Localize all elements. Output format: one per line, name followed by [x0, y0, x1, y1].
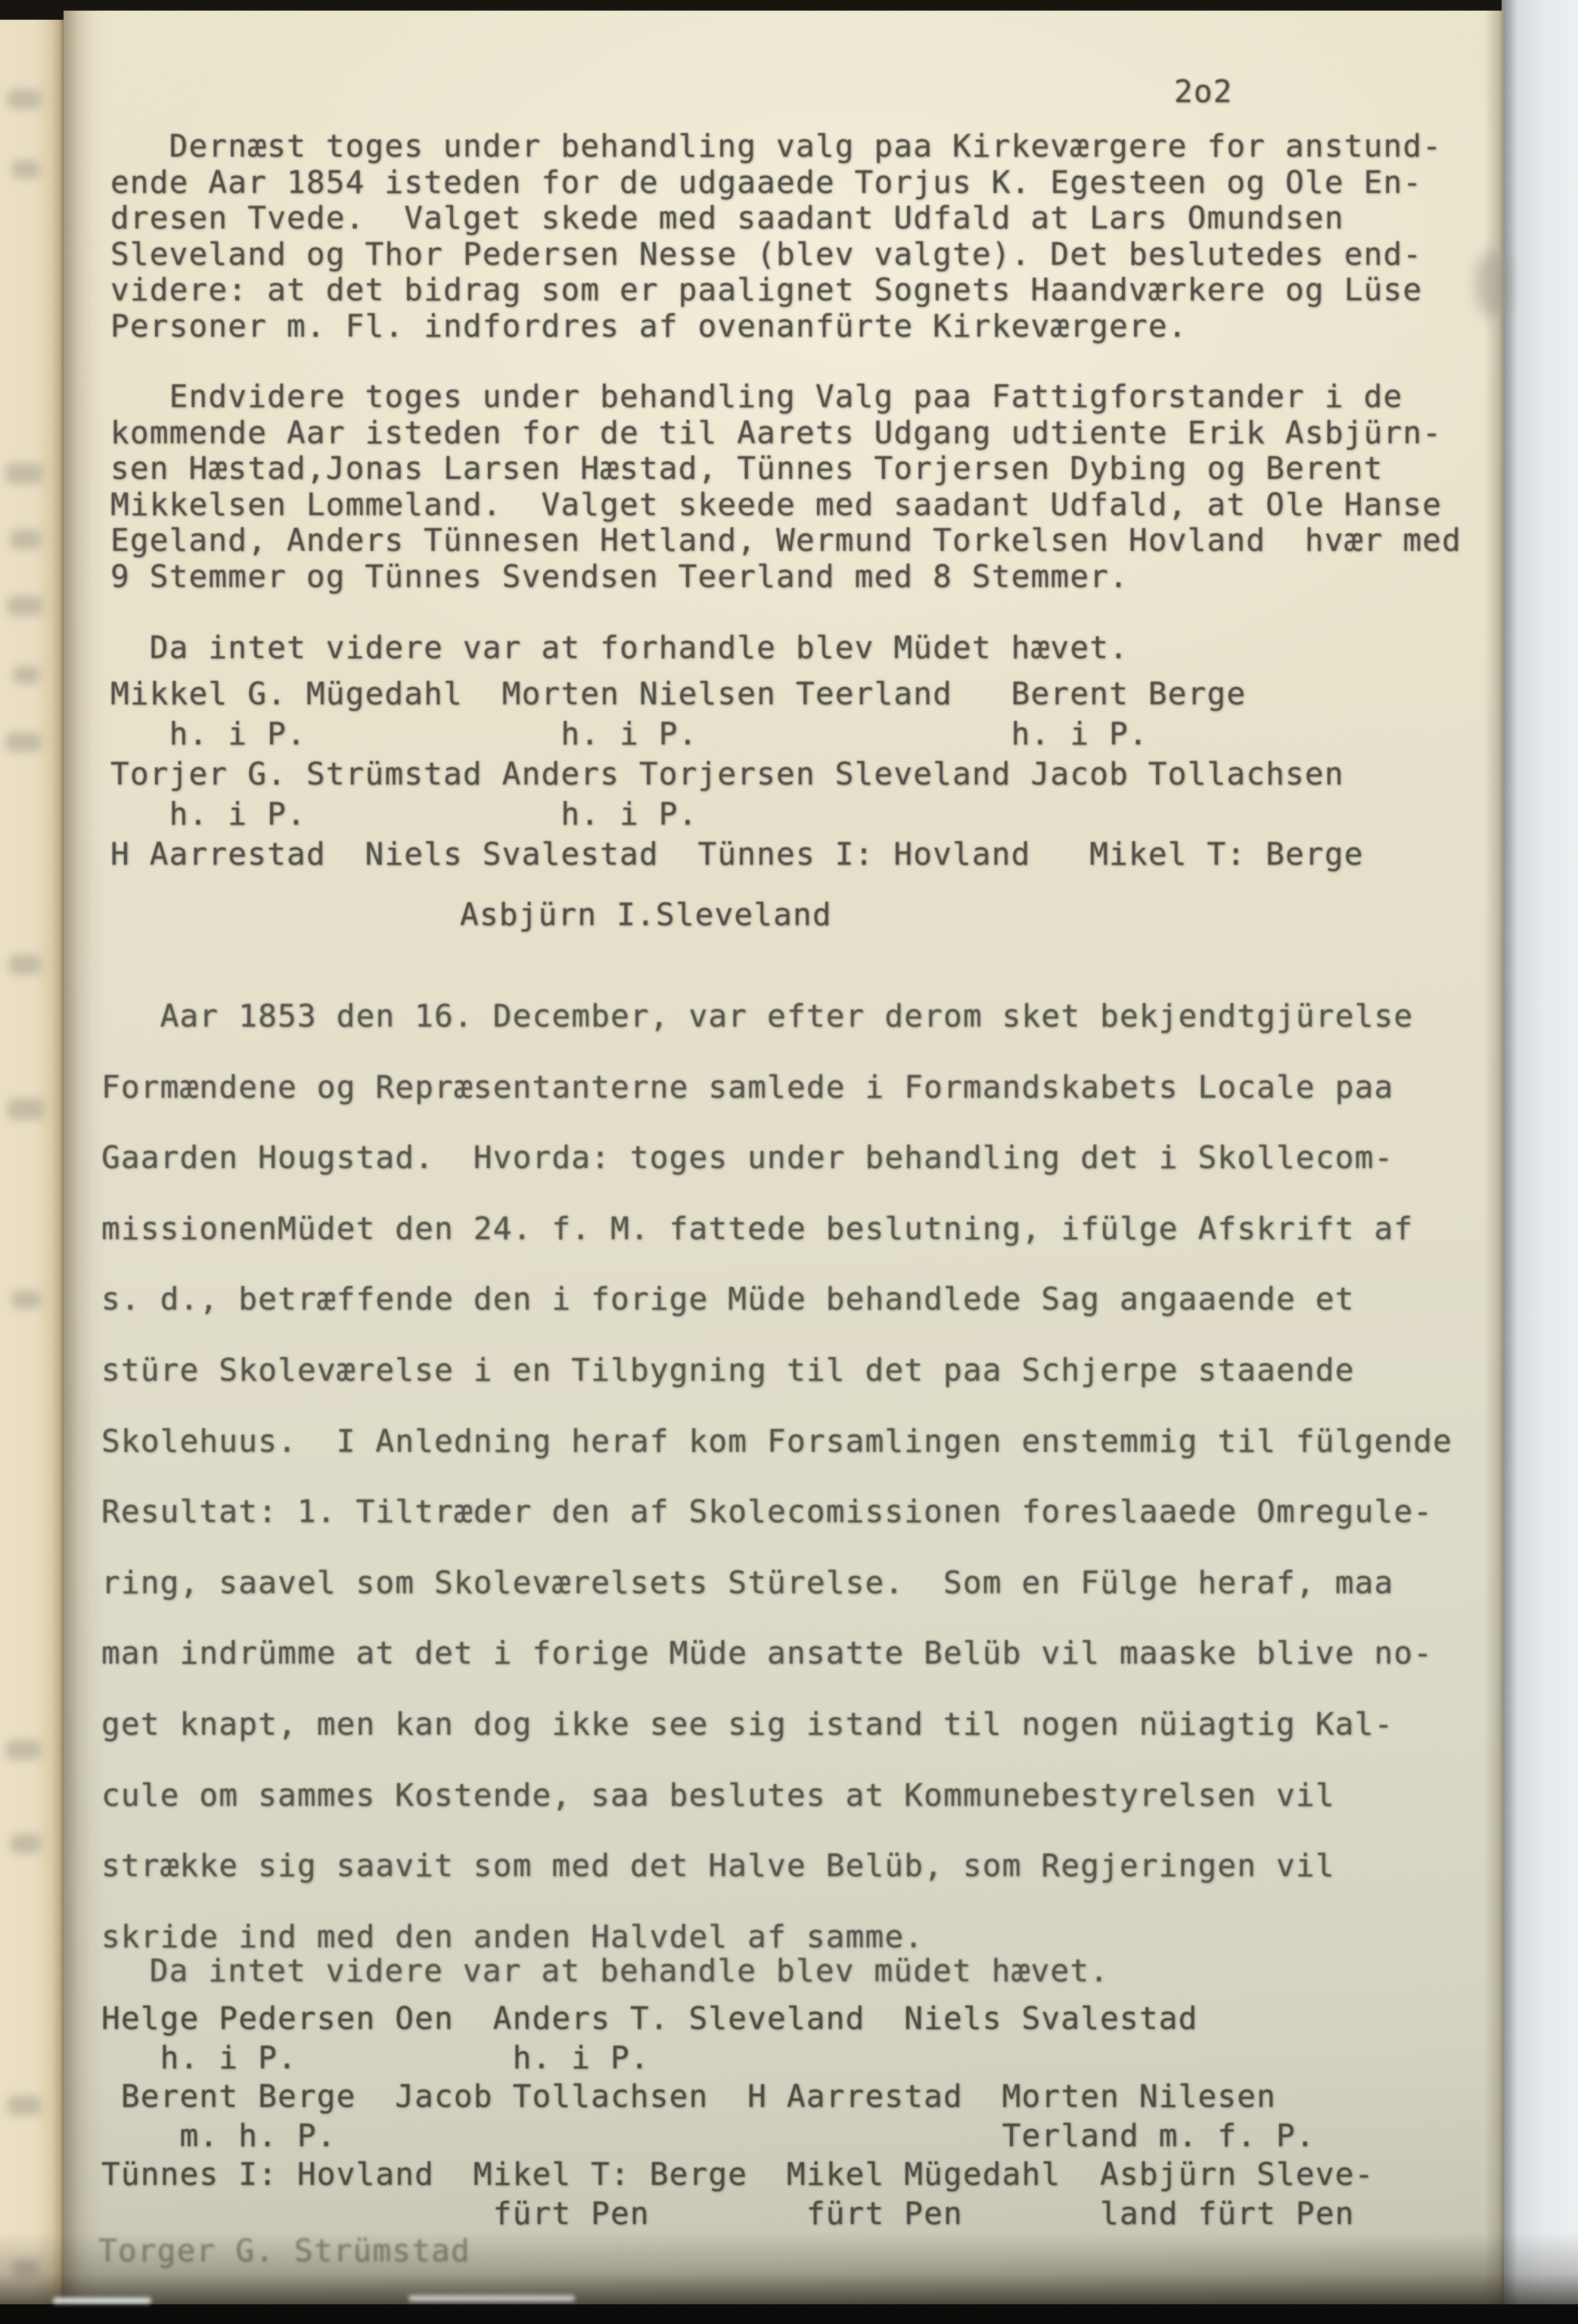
- ghost-ink-mark: [8, 596, 42, 616]
- ghost-ink-mark: [11, 1834, 41, 1853]
- table-edge-black-strip: [0, 2304, 1578, 2324]
- ink-smudge: [1475, 250, 1510, 318]
- page-edge-glint: [408, 2295, 575, 2301]
- ghost-ink-mark: [6, 1740, 41, 1760]
- ghost-ink-mark: [12, 1291, 41, 1309]
- ghost-ink-mark: [6, 732, 41, 752]
- signature-centered: Asbjürn I.Sleveland: [460, 897, 832, 934]
- paragraph-church-wardens: Dernæst toges under behandling valg paa …: [110, 129, 1442, 344]
- closing-line-second-meeting: Da intet videre var at behandle blev müd…: [110, 1953, 1109, 1990]
- ghost-ink-mark: [8, 89, 41, 109]
- ghost-ink-mark: [8, 1098, 44, 1120]
- ghost-ink-mark: [11, 530, 41, 549]
- page-number: 2o2: [1174, 74, 1233, 110]
- page-right-edge-shadow: [1484, 11, 1504, 2307]
- page-edge-glint: [53, 2298, 151, 2304]
- signature-block-second: Helge Pedersen Oen Anders T. Sleveland N…: [101, 1999, 1374, 2233]
- scanned-minutes-photo: { "page": { "number": "2o2", "language":…: [0, 0, 1578, 2324]
- paragraph-poor-overseers: Endvidere toges under behandling Valg pa…: [110, 379, 1462, 595]
- bottom-edge-shadow: [0, 2232, 1578, 2307]
- left-page-edge: [0, 20, 64, 2312]
- signature-block-first: Mikkel G. Mügedahl Morten Nielsen Teerla…: [110, 674, 1364, 875]
- ghost-ink-mark: [12, 160, 39, 179]
- ghost-ink-mark: [8, 2096, 41, 2115]
- ghost-ink-mark: [6, 463, 42, 484]
- backing-sheet-shadow: [1502, 0, 1518, 2307]
- paragraph-school-resolution: Aar 1853 den 16. December, var efter der…: [101, 981, 1452, 1972]
- closing-line-first-meeting: Da intet videre var at forhandle blev Mü…: [110, 630, 1129, 666]
- ghost-ink-mark: [14, 666, 39, 684]
- ghost-ink-mark: [9, 955, 41, 974]
